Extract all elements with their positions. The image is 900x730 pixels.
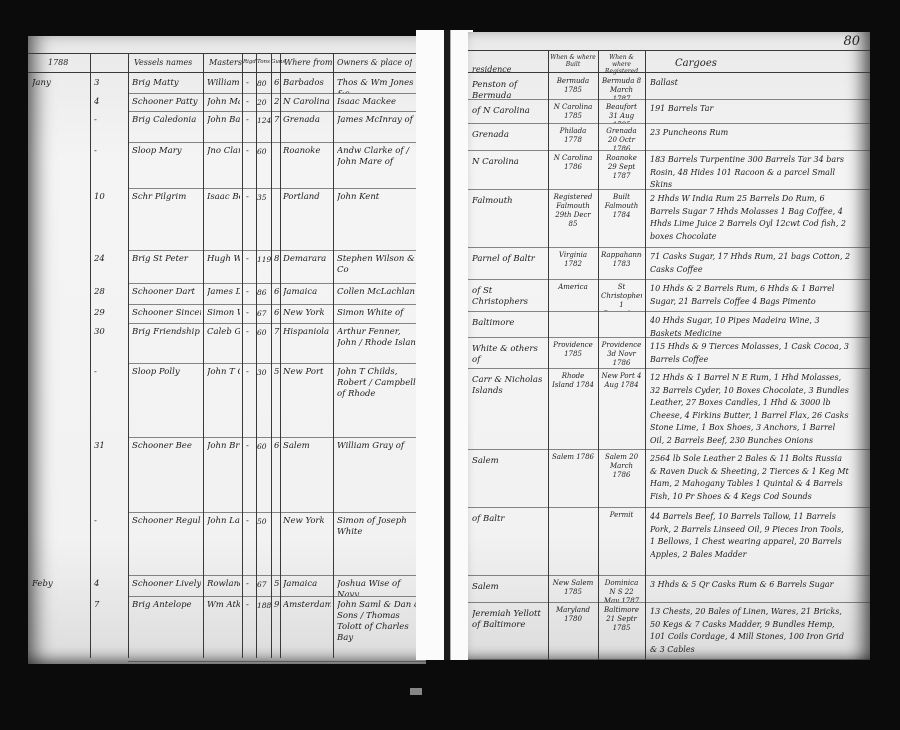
tons-value: 35 [257, 192, 271, 203]
rig-value: - [246, 367, 256, 378]
where-from: Demarara [283, 254, 331, 265]
tons-value: 119 [257, 254, 271, 265]
header-where-registered: When & where Registered [600, 54, 643, 75]
entry-month: Jany [32, 78, 62, 89]
owners: William Gray of [337, 441, 422, 512]
vessel-name: Schooner Lively [132, 579, 201, 590]
header-bottom-rule [28, 72, 426, 73]
guns-value: 7 [274, 327, 282, 338]
where-registered: New Port 4 Aug 1784 [601, 372, 642, 449]
where-registered: St Christophers 1 December 1786 [601, 283, 642, 311]
where-built: Rhode Island 1784 [551, 372, 595, 449]
column-rule [598, 50, 599, 660]
rig-value: - [246, 600, 256, 611]
rig-value: - [246, 516, 256, 527]
tons-value: 80 [257, 78, 271, 89]
tons-value: 50 [257, 516, 271, 527]
row-rule [128, 596, 426, 597]
page-edge-left [416, 30, 445, 660]
cargo: 40 Hhds Sugar, 10 Pipes Madeira Wine, 3 … [650, 315, 851, 337]
master-name: Isaac Bennett [207, 192, 240, 203]
rig-value: - [246, 97, 256, 108]
owners: Collen McLachlan [337, 287, 422, 304]
guns-value: 7 [274, 115, 282, 126]
header-cargoes: Cargoes [675, 58, 717, 69]
tons-value: 30 [257, 367, 271, 378]
entry-month: Feby [32, 579, 62, 590]
entry-day: - [94, 367, 124, 378]
cargo: 71 Casks Sugar, 17 Hhds Rum, 21 bags Cot… [650, 251, 851, 279]
entry-day: 30 [94, 327, 124, 338]
owners: John Kent [337, 192, 422, 250]
residence: Penston of Bermuda [472, 80, 544, 102]
tons-value: 86 [257, 287, 271, 298]
where-built: N Carolina 1785 [551, 103, 595, 123]
where-from: Grenada [283, 115, 331, 126]
tons-value: 124 [257, 115, 271, 126]
residence: of Baltr [472, 514, 544, 578]
row-rule [128, 283, 426, 284]
where-registered: Permit [601, 511, 642, 575]
residence: Salem [472, 582, 544, 605]
where-registered: Built Falmouth 1784 [601, 193, 642, 247]
vessel-name: Schr Pilgrim [132, 192, 201, 203]
master-name: Caleb Green [207, 327, 240, 338]
column-rule [280, 53, 281, 658]
owners: Joshua Wise of Navy [337, 579, 422, 596]
where-from: Roanoke [283, 146, 331, 157]
cargo: 23 Puncheons Rum [650, 127, 851, 150]
guns-value: 6 [274, 78, 282, 89]
guns-value: 6 [274, 308, 282, 319]
vessel-name: Schooner Bee [132, 441, 201, 452]
entry-day: 3 [94, 78, 124, 89]
rig-value: - [246, 192, 256, 203]
where-registered: Bermuda 8 March 1787 [601, 77, 642, 99]
owners: Simon White of [337, 308, 422, 323]
tons-value: 20 [257, 97, 271, 108]
where-built: Virginia 1782 [551, 251, 595, 279]
column-rule [645, 50, 646, 660]
tons-value: 67 [257, 308, 271, 319]
entry-day: - [94, 115, 124, 126]
where-registered [601, 315, 642, 337]
ledger-right-page: 80 residenceWhen & where BuiltWhen & whe… [468, 32, 870, 660]
vessel-name: Schooner Dart [132, 287, 201, 298]
header-owners: Owners & place of [337, 57, 412, 68]
cargo: Ballast [650, 77, 851, 99]
residence: Salem [472, 456, 544, 510]
owners: Isaac Mackee [337, 97, 422, 111]
master-name: Rowland Stout Dennis [207, 579, 240, 590]
owners: Stephen Wilson & Co [337, 254, 422, 283]
master-name: William Wade [207, 78, 240, 89]
header-where-from: Where from [284, 57, 332, 68]
residence: N Carolina [472, 157, 544, 192]
residence: of N Carolina [472, 106, 544, 126]
owners: John T Childs, Robert / Campbell of Rhod… [337, 367, 422, 437]
row-rule [128, 661, 426, 662]
owners: James McInray of [337, 115, 422, 142]
cargo: 115 Hhds & 9 Tierces Molasses, 1 Cask Co… [650, 341, 851, 368]
where-from: New York [283, 308, 331, 319]
cargo: 44 Barrels Beef, 10 Barrels Tallow, 11 B… [650, 511, 851, 575]
guns-value: 5 [274, 579, 282, 590]
residence: Carr & Nicholas Islands [472, 375, 544, 452]
where-built: Registered Falmouth 29th Decr 85 [551, 193, 595, 247]
column-rule [90, 53, 91, 658]
row-rule [128, 575, 426, 576]
owners: Thos & Wm Jones &c [337, 78, 422, 93]
where-registered: Dominica N S 22 May 1787 [601, 579, 642, 602]
where-built: Salem 1786 [551, 453, 595, 507]
column-rule [242, 53, 243, 658]
master-name: Wm Atkinson [207, 600, 240, 611]
where-built: Providence 1785 [551, 341, 595, 368]
where-built: America [551, 283, 595, 311]
guns-value: 2 [274, 97, 282, 108]
vessel-name: Brig St Peter [132, 254, 201, 265]
owners: Arthur Fenner, John / Rhode Island [337, 327, 422, 363]
vessel-name: Brig Antelope [132, 600, 201, 611]
residence: of St Christophers [472, 286, 544, 314]
master-name: John Mackee [207, 97, 240, 108]
rig-value: - [246, 441, 256, 452]
entry-day: 28 [94, 287, 124, 298]
row-rule [128, 323, 426, 324]
master-name: Hugh Wilson [207, 254, 240, 265]
cargo: 10 Hhds & 2 Barrels Rum, 6 Hhds & 1 Barr… [650, 283, 851, 311]
rig-value: - [246, 78, 256, 89]
cargo: 2 Hhds W India Rum 25 Barrels Do Rum, 6 … [650, 193, 851, 247]
where-registered: Beaufort 31 Aug 1785 [601, 103, 642, 123]
page-number: 80 [843, 34, 860, 49]
where-built [551, 511, 595, 575]
header-vessel-names: Vessels names [134, 57, 192, 68]
where-built: New Salem 1785 [551, 579, 595, 602]
guns-value: 8 [274, 254, 282, 265]
master-name: John Brown [207, 441, 240, 452]
vessel-name: Brig Caledonia [132, 115, 201, 126]
owners: Andw Clarke of / John Mare of [337, 146, 422, 188]
where-registered: Salem 20 March 1786 [601, 453, 642, 507]
where-from: Portland [283, 192, 331, 203]
where-from: Amsterdam [283, 600, 331, 611]
where-from: Jamaica [283, 287, 331, 298]
vessel-name: Brig Friendship [132, 327, 201, 338]
guns-value: 6 [274, 441, 282, 452]
where-from: N Carolina [283, 97, 331, 108]
column-rule [333, 53, 334, 658]
where-from: Jamaica [283, 579, 331, 590]
master-name: Jno Clarke [207, 146, 240, 157]
guns-value: 9 [274, 600, 282, 611]
master-name: John T Childs [207, 367, 240, 378]
column-rule [271, 53, 272, 658]
cargo: 3 Hhds & 5 Qr Casks Rum & 6 Barrels Suga… [650, 579, 851, 602]
entry-day: 31 [94, 441, 124, 452]
row-rule [128, 142, 426, 143]
entry-day: - [94, 146, 124, 157]
header-year: 1788 [48, 57, 68, 68]
film-marker [410, 688, 422, 695]
where-registered: Rappahannock 1783 [601, 251, 642, 279]
row-rule [128, 93, 426, 94]
header-residence: residence [472, 64, 511, 75]
header-where-built: When & where Built [550, 54, 596, 68]
vessel-name: Schooner Sincerity [132, 308, 201, 319]
master-name: James Dods [207, 287, 240, 298]
cargo: 183 Barrels Turpentine 300 Barrels Tar 3… [650, 154, 851, 189]
residence: White & others of [472, 344, 544, 371]
guns-value: 6 [274, 287, 282, 298]
entry-day: 4 [94, 97, 124, 108]
where-from: Hispaniola [283, 327, 331, 338]
rig-value: - [246, 327, 256, 338]
entry-day: 24 [94, 254, 124, 265]
where-registered: Providence 3d Novr 1786 [601, 341, 642, 368]
rig-value: - [246, 308, 256, 319]
tons-value: 60 [257, 441, 271, 452]
column-rule [128, 53, 129, 658]
master-name: John Barrowdale [207, 115, 240, 126]
where-registered: Roanoke 29 Sept 1787 [601, 154, 642, 189]
tons-value: 188 [257, 600, 271, 611]
where-built: Philada 1778 [551, 127, 595, 150]
row-rule [128, 512, 426, 513]
guns-value: 5 [274, 367, 282, 378]
header-rigged: Rigd [243, 57, 256, 68]
tons-value: 67 [257, 579, 271, 590]
entry-day: 10 [94, 192, 124, 203]
residence: Parnel of Baltr [472, 254, 544, 282]
cargo: 12 Hhds & 1 Barrel N E Rum, 1 Hhd Molass… [650, 372, 851, 449]
header-bottom-rule [468, 72, 870, 73]
residence: Baltimore [472, 318, 544, 340]
row-rule [128, 111, 426, 112]
where-built: Maryland 1780 [551, 606, 595, 659]
vessel-name: Sloop Polly [132, 367, 201, 378]
header-masters: Masters [209, 57, 242, 68]
where-registered: Grenada 20 Octr 1786 [601, 127, 642, 150]
row-rule [128, 363, 426, 364]
vessel-name: Brig Matty [132, 78, 201, 89]
where-registered: Baltimore 21 Septr 1785 [601, 606, 642, 659]
where-from: Salem [283, 441, 331, 452]
vessel-name: Sloop Mary [132, 146, 201, 157]
where-built: N Carolina 1786 [551, 154, 595, 189]
where-built: Bermuda 1785 [551, 77, 595, 99]
owners: Simon of Joseph White [337, 516, 422, 575]
tons-value: 60 [257, 146, 271, 157]
column-rule [548, 50, 549, 660]
row-rule [128, 188, 426, 189]
cargo: 2564 lb Sole Leather 2 Bales & 11 Bolts … [650, 453, 851, 507]
rig-value: - [246, 115, 256, 126]
where-from: New York [283, 516, 331, 527]
cargo: 191 Barrels Tar [650, 103, 851, 123]
where-from: New Port [283, 367, 331, 378]
tons-value: 60 [257, 327, 271, 338]
header-tons: Tons [257, 57, 270, 68]
where-from: Barbados [283, 78, 331, 89]
rig-value: - [246, 579, 256, 590]
ledger-left-page: 1788Vessels namesMastersRigdTonsGunsWher… [28, 36, 426, 664]
rig-value: - [246, 146, 256, 157]
vessel-name: Schooner Patty [132, 97, 201, 108]
residence: Falmouth [472, 196, 544, 250]
entry-day: 4 [94, 579, 124, 590]
rig-value: - [246, 254, 256, 265]
master-name: John Langdon [207, 516, 240, 527]
row-rule [128, 250, 426, 251]
cargo: 13 Chests, 20 Bales of Linen, Wares, 21 … [650, 606, 851, 659]
header-top-rule [28, 53, 426, 54]
master-name: Simon White [207, 308, 240, 319]
residence: Grenada [472, 130, 544, 153]
vessel-name: Schooner Regulator [132, 516, 201, 527]
entry-day: 29 [94, 308, 124, 319]
owners: John Saml & Dan & Sons / Thomas Tolott o… [337, 600, 422, 661]
row-rule [128, 437, 426, 438]
entry-day: 7 [94, 600, 124, 611]
column-rule [203, 53, 204, 658]
where-built [551, 315, 595, 337]
column-rule [256, 53, 257, 658]
row-rule [128, 304, 426, 305]
entry-day: - [94, 516, 124, 527]
residence: Jeremiah Yellott of Baltimore [472, 609, 544, 660]
header-top-rule [468, 50, 870, 51]
rig-value: - [246, 287, 256, 298]
